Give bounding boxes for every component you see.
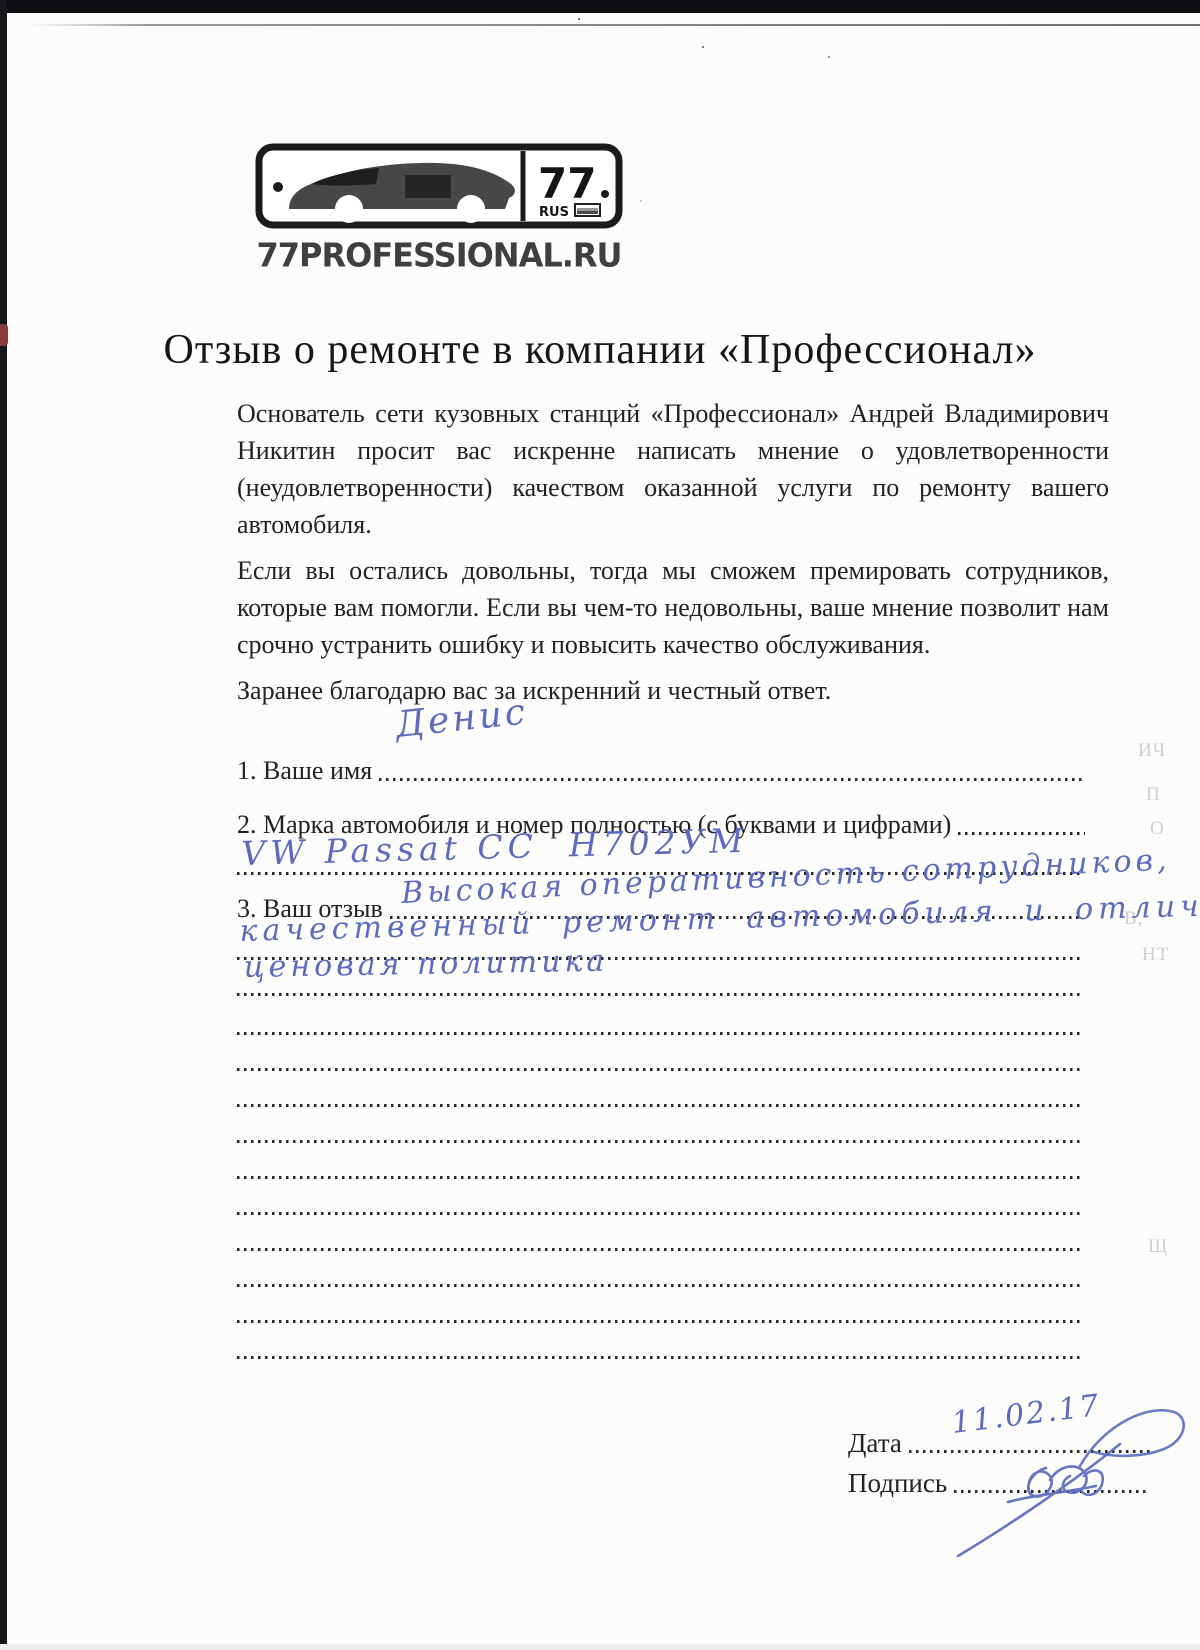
empty-dotted-line (237, 1140, 1083, 1143)
license-plate-logo-icon: 77 RUS (255, 143, 623, 229)
bleedthrough-artifact: НТ (1142, 944, 1169, 966)
intro-paragraph: Основатель сети кузовных станций «Профес… (237, 395, 1109, 543)
bleedthrough-artifact: П (1146, 784, 1161, 806)
question-3-dotted-line-3 (237, 993, 1083, 996)
empty-dotted-line (237, 1032, 1083, 1035)
logo-site-text: 77PROFESSIONAL.RU (255, 235, 623, 275)
scan-edge-bottom (0, 1644, 1200, 1650)
thanks-paragraph: Заранее благодарю вас за искренний и чес… (237, 672, 1109, 709)
scan-hairline (30, 24, 1200, 26)
question-1-row: 1. Ваше имя (237, 752, 1083, 786)
bleedthrough-artifact: В, (1124, 908, 1143, 930)
motivation-paragraph: Если вы остались довольны, тогда мы смож… (237, 552, 1109, 663)
plate-bolt-icon (273, 182, 283, 192)
scanned-feedback-form: 77 RUS 77PROFESSIONAL.RU Отзыв о ремонте… (0, 0, 1200, 1650)
empty-dotted-line (237, 1248, 1083, 1251)
bleedthrough-artifact: ИЧ (1138, 740, 1166, 762)
handwritten-signature (938, 1436, 1152, 1564)
plate-period-dot (601, 190, 609, 198)
bleedthrough-artifact: Щ (1148, 1236, 1168, 1258)
scan-edge-left (0, 0, 7, 1650)
plate-flag-icon (575, 204, 600, 216)
empty-dotted-line (237, 1068, 1083, 1071)
question-1-label: 1. Ваше имя (237, 756, 372, 786)
plate-region-label: RUS (539, 205, 569, 220)
question-2-trailing-dots (958, 832, 1085, 835)
scan-dust-specks (0, 0, 2, 2)
company-logo: 77 RUS 77PROFESSIONAL.RU (255, 143, 623, 274)
empty-dotted-line (237, 1212, 1083, 1215)
empty-dotted-line (237, 1320, 1083, 1323)
empty-dotted-line (237, 1176, 1083, 1179)
date-label: Дата (848, 1428, 902, 1458)
signature-label: Подпись (848, 1468, 947, 1498)
plate-region-code: 77 (538, 159, 596, 208)
empty-dotted-line (237, 1356, 1083, 1359)
empty-dotted-line (237, 1284, 1083, 1287)
scan-edge-top (0, 0, 1200, 13)
empty-dotted-line (237, 1104, 1083, 1107)
question-1-dotted-line (379, 778, 1083, 781)
bleedthrough-artifact: О (1150, 818, 1165, 840)
handwritten-review-line-3: ценовая политика (243, 944, 608, 985)
page-title: Отзыв о ремонте в компании «Профессионал… (0, 326, 1200, 374)
